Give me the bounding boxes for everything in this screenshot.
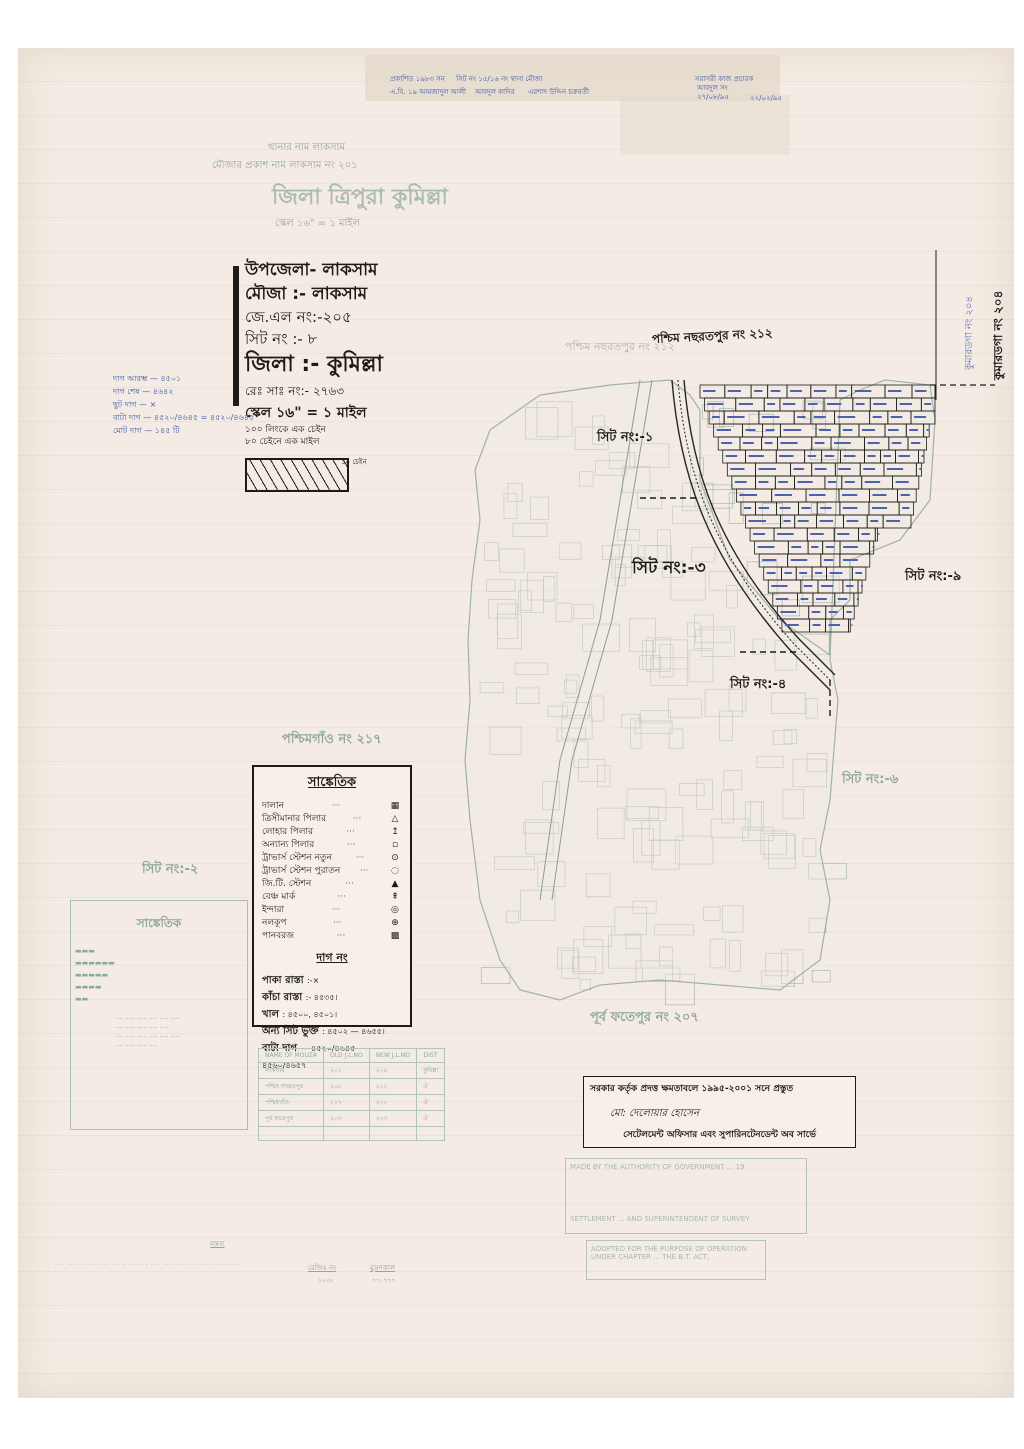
legend-item-label: লোহার পিলার (262, 826, 313, 839)
certificate-box: সরকার কর্তৃক প্রদত্ত ক্ষমতাবলে ১৯৯৫-২০০১… (583, 1076, 856, 1148)
certificate-line: সরকার কর্তৃক প্রদত্ত ক্ষমতাবলে ১৯৯৫-২০০১… (590, 1081, 849, 1096)
table-row: পশ্চিমগাঁও২১৭২১০ঐ (259, 1095, 445, 1111)
legend-item-label: জি.টি. স্টেশন (262, 878, 311, 891)
legend-item: জি.টি. স্টেশন··· ▲ (262, 878, 402, 891)
table-cell: ২০৮ (323, 1079, 369, 1095)
mouza-table: NAME OF MOUZAOLD J.L.NONEW J.L.NODIST লা… (258, 1048, 445, 1141)
legend-item-label: পানবরজ (262, 930, 294, 943)
faded-authority-box: MADE BY THE AUTHORITY OF GOVERNMENT ... … (565, 1158, 807, 1234)
legend-item: অন্যান্য পিলার··· ▫ (262, 839, 402, 852)
adjacent-mouza-west: পশ্চিমগাঁও নং ২১৭ (282, 730, 382, 751)
table-header: OLD J.L.NO (323, 1049, 369, 1063)
legend-item-label: বেঞ্চ মার্ক (262, 891, 295, 904)
plot-row-label: পাকা রাস্তা (262, 975, 304, 986)
legend-item: লোহার পিলার··· ↥ (262, 826, 402, 839)
plot-row: খাল : ৪৫০০, ৪৫০১। (262, 1006, 402, 1023)
table-cell: ২১২ (369, 1079, 416, 1095)
table-row: লাকসাম২০১২০৫কুমিল্লা (259, 1063, 445, 1079)
legend-symbol-icon: ↥ (388, 826, 402, 839)
plot-row-value: : ৪৫০২ — ৪৬৫৫। (322, 1027, 385, 1036)
legend-symbol-icon: ▦ (388, 800, 402, 813)
faded-notes-title: মন্তব্য (210, 1238, 225, 1250)
table-cell: ঐ (416, 1111, 444, 1127)
legend-item: বেঞ্চ মার্ক··· ⇞ (262, 891, 402, 904)
table-cell (369, 1127, 416, 1141)
adjacent-mouza-south: পূর্ব ফতেপুর নং ২০৭ (590, 1008, 699, 1029)
plot-row: অন্য সিট ভুক্ত : ৪৫০২ — ৪৬৫৫। (262, 1023, 402, 1040)
table-cell: ২০৫ (369, 1063, 416, 1079)
legend-item: দালান··· ▦ (262, 800, 402, 813)
table-cell (323, 1127, 369, 1141)
faded-reg-label: রেজিঃ নং (308, 1262, 336, 1274)
legend-symbol-icon: ▩ (388, 930, 402, 943)
table-header: NAME OF MOUZA (259, 1049, 324, 1063)
legend-symbol-icon: ◌ (388, 865, 402, 878)
legend-item-label: নলকূপ (262, 917, 286, 930)
table-cell: ঐ (416, 1095, 444, 1111)
legend-symbol-icon: ▲ (388, 878, 402, 891)
table-cell: ২১৭ (323, 1095, 369, 1111)
faded-text: MADE BY THE AUTHORITY OF GOVERNMENT ... … (570, 1163, 802, 1171)
table-row: পূর্ব ফতেপুর২০৩২০৩ঐ (259, 1111, 445, 1127)
adjacent-mouza-east: কুমারডগা নং ২০৪ (990, 291, 1010, 380)
legend-item: ইন্দারা··· ◎ (262, 904, 402, 917)
adjacent-mouza-east-faded: কুমারডগা নং ২০৪ (962, 296, 979, 370)
legend-title: সাঙ্কেতিক (262, 773, 402, 794)
table-cell: ২০৩ (323, 1111, 369, 1127)
table-row (259, 1127, 445, 1141)
table-cell: ২১০ (369, 1095, 416, 1111)
sheet-label: সিট নং:-৬ (842, 770, 898, 791)
plot-row-label: খাল (262, 1009, 279, 1020)
legend-item-label: দালান (262, 800, 284, 813)
faded-text: SETTLEMENT ... AND SUPERINTENDENT OF SUR… (570, 1215, 802, 1223)
legend-box: সাঙ্কেতিক দালান··· ▦ত্রিসীমানার পিলার···… (252, 765, 412, 1027)
sheet-label: সিট নং:-৪ (730, 675, 786, 696)
sheet-label: সিট নং:-২ (142, 860, 198, 881)
plot-row-label: কাঁচা রাস্তা (262, 992, 302, 1003)
legend-item: ট্রাভার্স স্টেশন নতুন··· ⊙ (262, 852, 402, 865)
legend-item-label: ত্রিসীমানার পিলার (262, 813, 326, 826)
table-cell: ২০১ (323, 1063, 369, 1079)
certificate-signature: মো: দেলোয়ার হোসেন (610, 1106, 849, 1123)
legend-item: ত্রিসীমানার পিলার··· △ (262, 813, 402, 826)
plot-row-label: অন্য সিট ভুক্ত (262, 1026, 319, 1037)
plot-section-title: দাগ নং (262, 949, 402, 968)
legend-item-label: ইন্দারা (262, 904, 284, 917)
sheet-label: সিট নং:-৩ (632, 555, 706, 583)
legend-item-label: ট্রাভার্স স্টেশন পুরাতন (262, 865, 340, 878)
legend-symbol-icon: ⊕ (388, 917, 402, 930)
sheet-label: সিট নং:-১ (597, 428, 653, 449)
faded-legend-title: সাঙ্কেতিক (75, 915, 243, 935)
legend-item: পানবরজ··· ▩ (262, 930, 402, 943)
legend-symbol-icon: ⊙ (388, 852, 402, 865)
legend-item-label: অন্যান্য পিলার (262, 839, 314, 852)
plot-row: কাঁচা রাস্তা :- ৪৫৩৫। (262, 989, 402, 1006)
table-cell: ঐ (416, 1079, 444, 1095)
plot-row-value: : ৪৫০০, ৪৫০১। (282, 1010, 337, 1019)
plot-row-value: :-× (307, 976, 319, 985)
certificate-line: সেটেলমেন্ট অফিসার এবং সুপারিনটেনডেন্ট অব… (590, 1127, 849, 1142)
faded-notes-text: ···· ··· ··· ···· ··· ··· ·· ··· ··· ···… (55, 1262, 241, 1268)
faded-print-value: ৭৭, ৭৭৭ (372, 1275, 395, 1286)
legend-symbol-icon: ⇞ (388, 891, 402, 904)
legend-symbol-icon: △ (388, 813, 402, 826)
legend-item: নলকূপ··· ⊕ (262, 917, 402, 930)
table-cell: পশ্চিমগাঁও (259, 1095, 324, 1111)
table-cell (416, 1127, 444, 1141)
plot-row-value: :- ৪৫৩৫। (306, 993, 338, 1002)
table-cell: পূর্ব ফতেপুর (259, 1111, 324, 1127)
table-header: NEW J.L.NO (369, 1049, 416, 1063)
adjacent-mouza-north-faded: পশ্চিম নছরতপুর নং ২১২ (565, 338, 675, 357)
cadastral-map (0, 0, 1024, 1449)
legend-item-label: ট্রাভার্স স্টেশন নতুন (262, 852, 332, 865)
legend-symbol-icon: ▫ (388, 839, 402, 852)
table-cell: কুমিল্লা (416, 1063, 444, 1079)
faded-reg-value: ১০২৮ (318, 1275, 334, 1286)
faded-print-label: মুদ্রণকাল (370, 1262, 395, 1274)
plot-row: পাকা রাস্তা :-× (262, 972, 402, 989)
table-cell: লাকসাম (259, 1063, 324, 1079)
legend-item: ট্রাভার্স স্টেশন পুরাতন··· ◌ (262, 865, 402, 878)
table-cell (259, 1127, 324, 1141)
table-cell: পশ্চিম নছরতপুর (259, 1079, 324, 1095)
legend-symbol-icon: ◎ (388, 904, 402, 917)
faded-legend-box: সাঙ্কেতিক ▬▬▬▬▬▬▬▬▬▬▬▬▬▬▬▬▬▬▬▬ ···· ····… (70, 900, 248, 1130)
table-header: DIST (416, 1049, 444, 1063)
table-cell: ২০৩ (369, 1111, 416, 1127)
faded-adopted-box: ADOPTED FOR THE PURPOSE OF OPERATION UND… (586, 1240, 766, 1280)
table-row: পশ্চিম নছরতপুর২০৮২১২ঐ (259, 1079, 445, 1095)
sheet-label: সিট নং:-৯ (905, 567, 961, 588)
